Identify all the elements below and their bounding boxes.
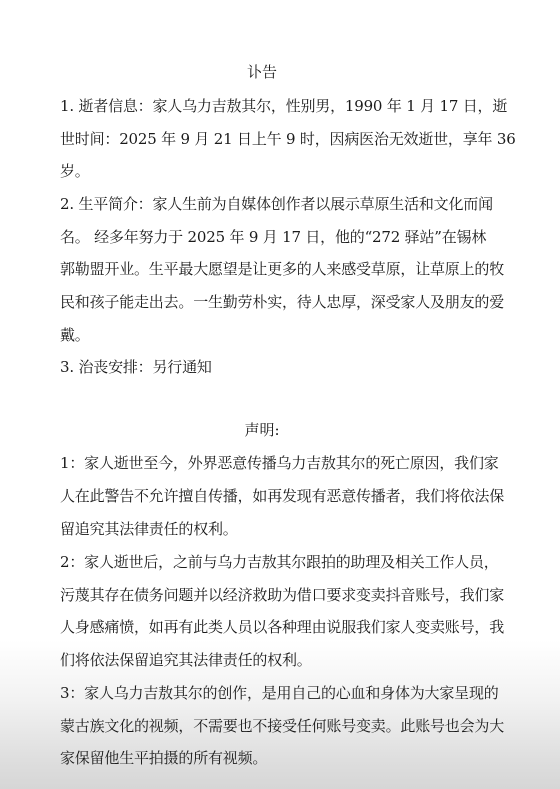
statement-item-3-line-1: 3：家人乌力吉敖其尔的创作，是用自己的心血和身体为大家呈现的	[60, 683, 464, 703]
obituary-item-1-line-2: 世时间：2025 年 9 月 21 日上午 9 时，因病医治无效逝世，享年 36	[60, 129, 464, 149]
obituary-item-1-line-1: 1. 逝者信息：家人乌力吉敖其尔，性别男，1990 年 1 月 17 日，逝	[60, 96, 464, 116]
statement-item-3-line-2: 蒙古族文化的视频，不需要也不接受任何账号变卖。此账号也会为大	[60, 716, 464, 736]
obituary-item-2-line-3: 郭勒盟开业。生平最大愿望是让更多的人来感受草原，让草原上的牧	[60, 259, 464, 279]
obituary-item-1-line-3: 岁。	[60, 161, 464, 181]
statement-item-2-line-3: 人身感痛愤，如再有此类人员以各种理由说服我们家人变卖账号，我	[60, 617, 464, 637]
statement-title: 声明:	[60, 420, 464, 440]
statement-item-2-line-1: 2：家人逝世后，之前与乌力吉敖其尔跟拍的助理及相关工作人员，	[60, 552, 464, 572]
obituary-item-2-line-2: 名。 经多年努力于 2025 年 9 月 17 日，他的“272 驿站”在锡林	[60, 227, 464, 247]
statement-item-1-line-2: 人在此警告不允许擅自传播，如再发现有恶意传播者，我们将依法保	[60, 486, 464, 506]
statement-item-2-line-2: 污蔑其存在债务问题并以经济救助为借口要求变卖抖音账号，我们家	[60, 585, 464, 605]
statement-item-2-line-4: 们将依法保留追究其法律责任的权利。	[60, 650, 464, 670]
statement-item-3-line-3: 家保留他生平拍摄的所有视频。	[60, 748, 464, 768]
statement-item-1-line-3: 留追究其法律责任的权利。	[60, 519, 464, 539]
statement-item-1-line-1: 1：家人逝世至今，外界恶意传播乌力吉敖其尔的死亡原因，我们家	[60, 453, 464, 473]
obituary-item-3-line-1: 3. 治丧安排：另行通知	[60, 357, 464, 377]
obituary-item-2-line-4: 民和孩子能走出去。一生勤劳朴实，待人忠厚，深受家人及朋友的爱	[60, 292, 464, 312]
obituary-item-2-line-5: 戴。	[60, 325, 464, 345]
obituary-item-2-line-1: 2. 生平简介：家人生前为自媒体创作者以展示草原生活和文化而闻	[60, 194, 464, 214]
obituary-title: 讣告	[60, 62, 464, 82]
